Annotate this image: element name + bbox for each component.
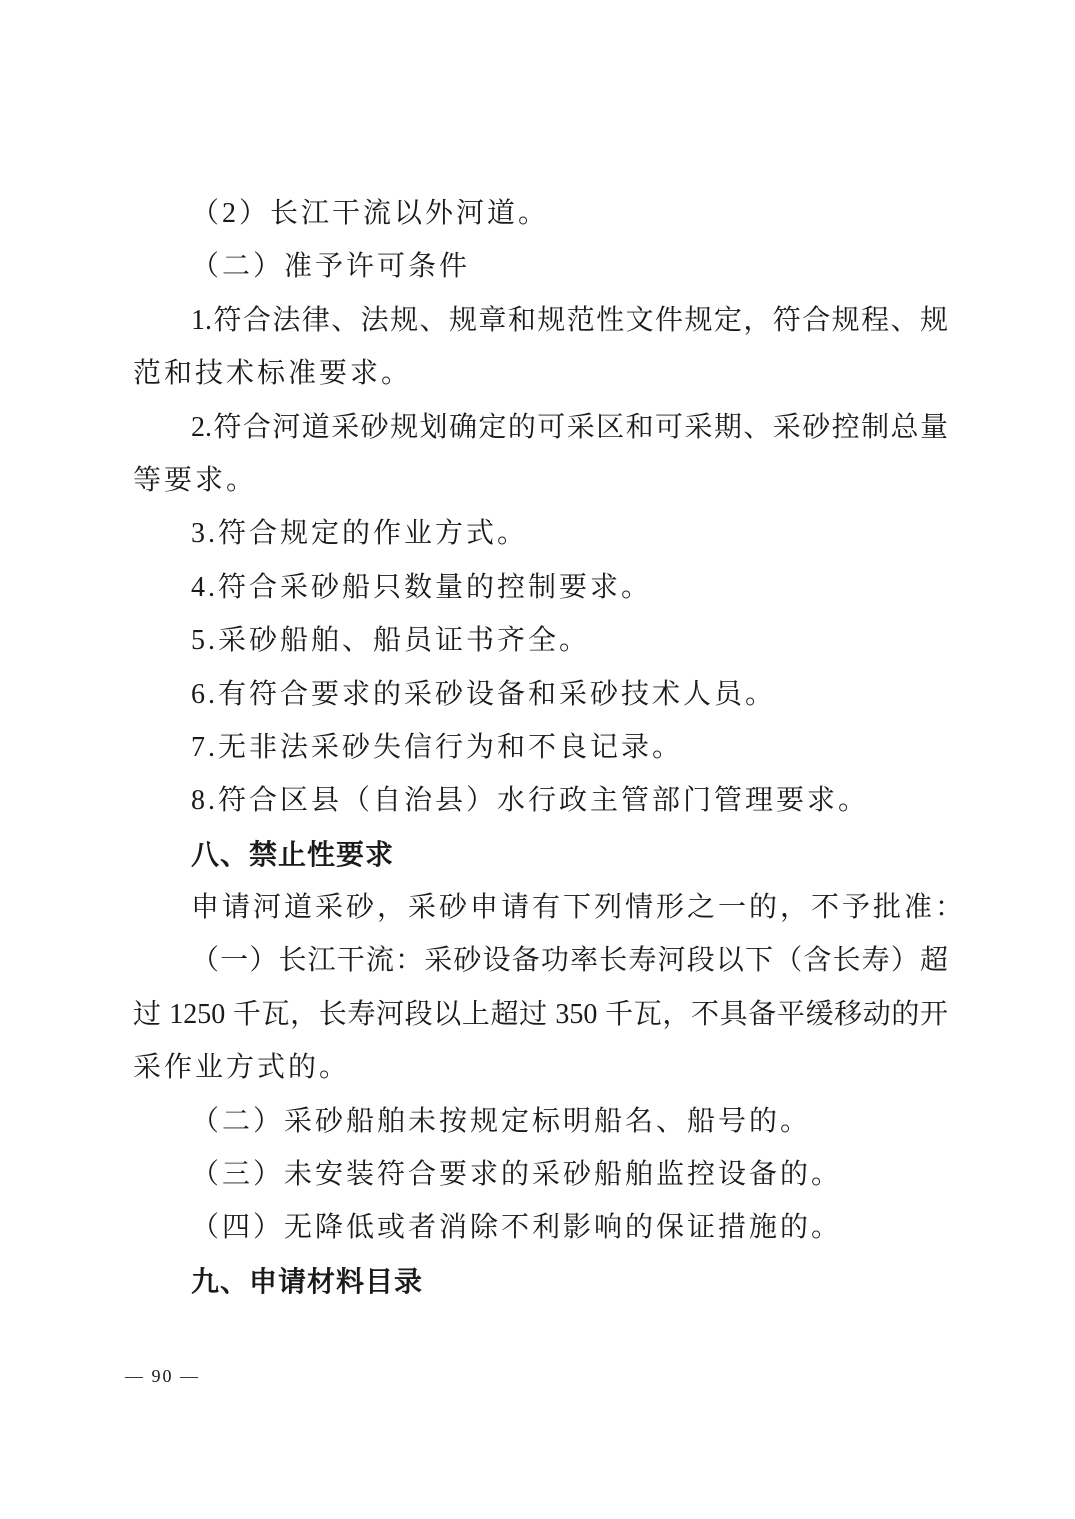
- text-line: 8.符合区县（自治县）水行政主管部门管理要求。: [133, 774, 948, 827]
- text-line: 过 1250 千瓦，长寿河段以上超过 350 千瓦，不具备平缓移动的开: [133, 988, 948, 1041]
- text-line: 1.符合法律、法规、规章和规范性文件规定，符合规程、规: [133, 294, 948, 347]
- text-line: 申请河道采砂，采砂申请有下列情形之一的，不予批准：: [133, 881, 948, 934]
- text-line: （二）采砂船舶未按规定标明船名、船号的。: [133, 1095, 948, 1148]
- text-line: 5.采砂船舶、船员证书齐全。: [133, 614, 948, 667]
- text-line: （四）无降低或者消除不利影响的保证措施的。: [133, 1201, 948, 1254]
- text-line: 7.无非法采砂失信行为和不良记录。: [133, 721, 948, 774]
- text-line: 6.有符合要求的采砂设备和采砂技术人员。: [133, 668, 948, 721]
- document-body: （2）长江干流以外河道。 （二）准予许可条件 1.符合法律、法规、规章和规范性文…: [133, 187, 948, 1308]
- text-line: 采作业方式的。: [133, 1041, 948, 1094]
- text-line: 范和技术标准要求。: [133, 347, 948, 400]
- section-heading: 九、申请材料目录: [133, 1255, 948, 1308]
- page-number: — 90 —: [125, 1364, 200, 1388]
- text-line: （2）长江干流以外河道。: [133, 187, 948, 240]
- document-page: （2）长江干流以外河道。 （二）准予许可条件 1.符合法律、法规、规章和规范性文…: [0, 0, 1075, 1519]
- text-line: （二）准予许可条件: [133, 240, 948, 293]
- text-line: （三）未安装符合要求的采砂船舶监控设备的。: [133, 1148, 948, 1201]
- text-line: 3.符合规定的作业方式。: [133, 507, 948, 560]
- text-line: （一）长江干流：采砂设备功率长寿河段以下（含长寿）超: [133, 934, 948, 987]
- section-heading: 八、禁止性要求: [133, 828, 948, 881]
- text-line: 2.符合河道采砂规划确定的可采区和可采期、采砂控制总量: [133, 401, 948, 454]
- text-line: 4.符合采砂船只数量的控制要求。: [133, 561, 948, 614]
- text-line: 等要求。: [133, 454, 948, 507]
